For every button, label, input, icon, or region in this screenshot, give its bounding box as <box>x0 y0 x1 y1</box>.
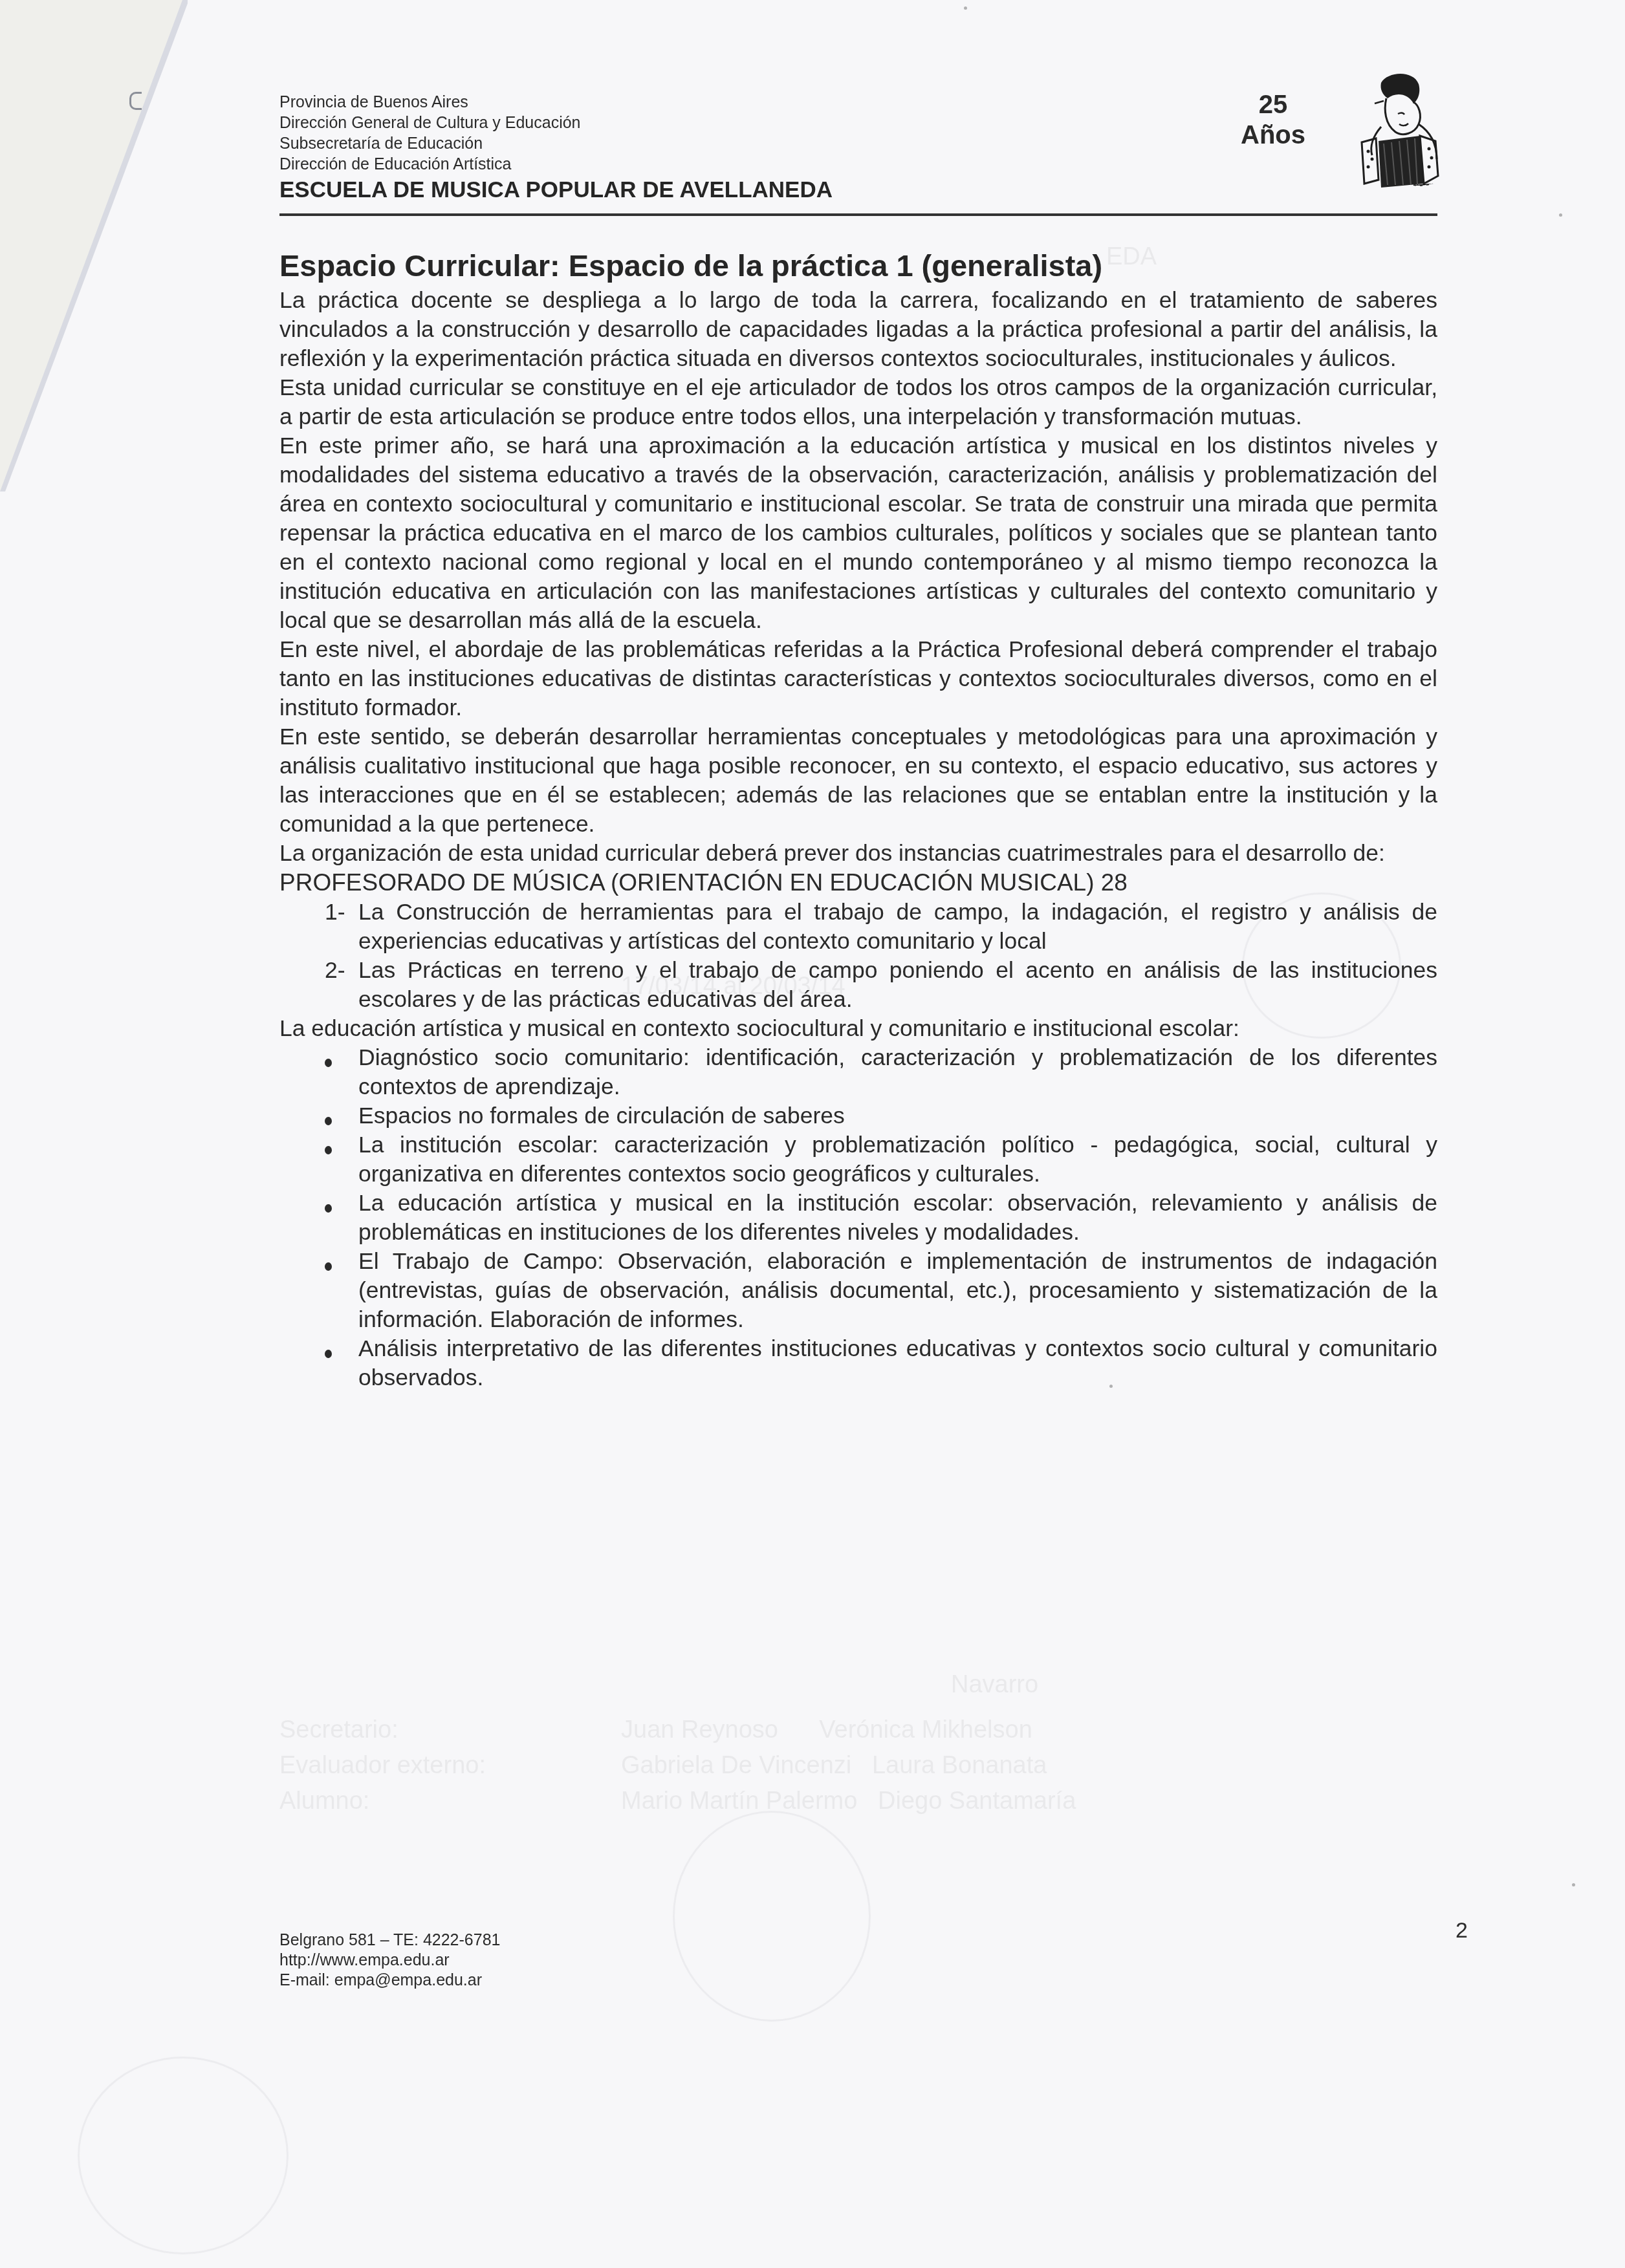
footer-website[interactable]: http://www.empa.edu.ar <box>279 1950 500 1971</box>
school-name: ESCUELA DE MUSICA POPULAR DE AVELLANEDA <box>279 176 1437 204</box>
bullet-icon <box>325 1262 332 1271</box>
bullet-icon <box>325 1204 332 1213</box>
paragraph: En este primer año, se hará una aproxima… <box>279 431 1437 635</box>
bullet-icon <box>325 1350 332 1358</box>
show-through-text: Juan Reynoso Verónica Mikhelson <box>621 1714 1032 1746</box>
paragraph: Esta unidad curricular se constituye en … <box>279 373 1437 431</box>
list-item-text: Diagnóstico socio comunitario: identific… <box>358 1044 1437 1099</box>
paragraph: La organización de esta unidad curricula… <box>279 839 1437 868</box>
paragraph: La práctica docente se despliega a lo la… <box>279 286 1437 373</box>
show-through-text: Gabriela De Vincenzi Laura Bonanata <box>621 1749 1047 1782</box>
show-through-text: Navarro <box>951 1669 1038 1701</box>
page-number: 2 <box>1456 1918 1468 1943</box>
footer-contact: Belgrano 581 – TE: 4222-6781 http://www.… <box>279 1930 500 1991</box>
footer-address: Belgrano 581 – TE: 4222-6781 <box>279 1930 500 1950</box>
list-item-text: La Construcción de herramientas para el … <box>358 899 1437 954</box>
list-marker: 2- <box>325 956 345 985</box>
list-item-text: La institución escolar: caracterización … <box>358 1132 1437 1187</box>
bandoneon-player-icon <box>1336 65 1452 194</box>
list-item: La educación artística y musical en la i… <box>325 1189 1437 1247</box>
speck <box>964 6 967 10</box>
bullet-icon <box>325 1059 332 1067</box>
anniversary-badge: 25 Años <box>1234 91 1312 151</box>
list-item: Análisis interpretativo de las diferente… <box>325 1334 1437 1392</box>
header-art-directorate: Dirección de Educación Artística <box>279 154 1437 175</box>
list-item: El Trabajo de Campo: Observación, elabor… <box>325 1247 1437 1334</box>
document-body: Espacio Curricular: Espacio de la prácti… <box>279 246 1437 1392</box>
footer-email[interactable]: E-mail: empa@empa.edu.ar <box>279 1971 500 1991</box>
list-item-text: La educación artística y musical en la i… <box>358 1190 1437 1245</box>
speck <box>1559 213 1562 217</box>
numbered-list: 1- La Construcción de herramientas para … <box>279 898 1437 1014</box>
paragraph: En este sentido, se deberán desarrollar … <box>279 722 1437 839</box>
show-through-text: Evaluador externo: <box>279 1749 486 1782</box>
list-item: La institución escolar: caracterización … <box>325 1130 1437 1189</box>
list-marker: 1- <box>325 898 345 927</box>
paragraph: En este nivel, el abordaje de las proble… <box>279 635 1437 722</box>
list-item-text: Las Prácticas en terreno y el trabajo de… <box>358 957 1437 1012</box>
show-through-text: Alumno: <box>279 1785 369 1817</box>
list-item: Diagnóstico socio comunitario: identific… <box>325 1043 1437 1101</box>
list-item: Espacios no formales de circulación de s… <box>325 1101 1437 1130</box>
list-item-text: El Trabajo de Campo: Observación, elabor… <box>358 1248 1437 1332</box>
anniversary-number: 25 <box>1234 91 1312 119</box>
bullet-list: Diagnóstico socio comunitario: identific… <box>279 1043 1437 1392</box>
document-page: EDA 17/03/14 al 20/03/14 Navarro Juan Re… <box>0 0 1625 2268</box>
anniversary-label: Años <box>1234 119 1312 151</box>
list-item-text: Espacios no formales de circulación de s… <box>358 1103 845 1129</box>
list-item-text: Análisis interpretativo de las diferente… <box>358 1335 1437 1390</box>
list-item: 2- Las Prácticas en terreno y el trabajo… <box>325 956 1437 1014</box>
page-title: Espacio Curricular: Espacio de la prácti… <box>279 246 1437 286</box>
list-item: 1- La Construcción de herramientas para … <box>325 898 1437 956</box>
section-intro: La educación artística y musical en cont… <box>279 1014 1437 1043</box>
speck <box>1572 1883 1575 1886</box>
header-divider <box>279 213 1437 216</box>
show-through-stamp <box>673 1811 871 2022</box>
staple-mark <box>129 92 142 110</box>
bullet-icon <box>325 1117 332 1125</box>
show-through-text: Mario Martín Palermo Diego Santamaría <box>621 1785 1076 1817</box>
show-through-text: Secretario: <box>279 1714 398 1746</box>
bullet-icon <box>325 1146 332 1154</box>
show-through-stamp <box>78 2057 289 2254</box>
program-heading: PROFESORADO DE MÚSICA (ORIENTACIÓN EN ED… <box>279 868 1437 898</box>
